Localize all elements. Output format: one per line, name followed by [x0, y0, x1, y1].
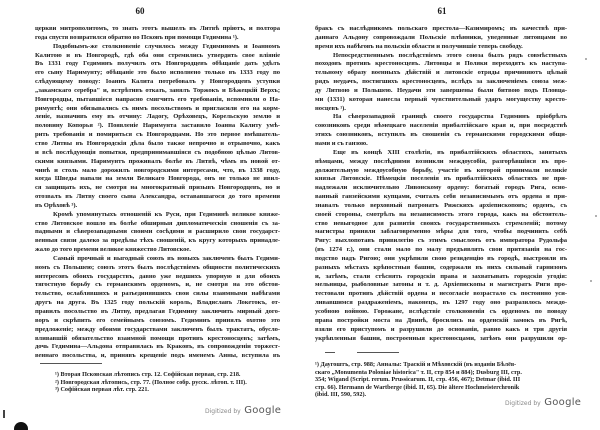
footnote: стр. 66). Hermann de Wartberge (ibid. II… — [315, 384, 567, 392]
paragraph: Еще въ концѣ XIII столѣтія, въ прибалтій… — [315, 149, 567, 344]
text-line: церкви митрополитомъ, то знать этотъ выш… — [35, 25, 280, 34]
paragraph: церкви митрополитомъ, то знать этотъ выш… — [35, 25, 280, 43]
text-line: года спустя возвратился обратно во Псков… — [35, 34, 280, 43]
text-line: предложеніе; между обоими государствами … — [35, 326, 280, 335]
text-line: тестовали противъ дѣйствій ордена и несо… — [315, 290, 567, 299]
paragraph: На сѣверозападной границѣ своего государ… — [315, 113, 567, 148]
footnote-divider — [40, 363, 102, 364]
footnote: ²) Новгородская лѣтопись, стр. 77. (Полн… — [55, 379, 285, 387]
text-line: ду Литвою и Польшею. Неудачи эти заверше… — [315, 87, 567, 96]
text-line: надлежали исключительно Ливонскому орден… — [315, 184, 567, 193]
scan-speck — [585, 58, 587, 60]
text-line: носцевъ ¹). — [315, 105, 567, 114]
text-line: даннаго Альдону сопровождали Польскіе пл… — [315, 34, 567, 43]
text-line: тельство, ослаблявшихъ и разъединявшихъ … — [35, 290, 280, 299]
text-line: магистры приняли заблаговременно мѣры дл… — [315, 228, 567, 237]
text-line: слѣдующему поводу: Іоаннъ Калита потребо… — [35, 78, 280, 87]
text-line: ливавшимся раздраженіемъ, наконецъ, въ 1… — [315, 299, 567, 308]
text-line: рить требованія и помириться съ Новгород… — [35, 131, 280, 140]
text-line: Самый прочный и выгодный союзъ въ новыхъ… — [35, 255, 280, 264]
text-line: ство Литовское вошло въ болѣе обширныя д… — [35, 220, 280, 229]
text-line: своей стороны, смотрѣлъ на независимость… — [315, 211, 567, 220]
text-line: скими князьями. Наримунтъ проживалъ болѣ… — [35, 158, 280, 167]
text-line: Еще въ концѣ XIII столѣтія, въ прибалтій… — [315, 149, 567, 158]
text-line: падными и сѣверозападными своими сосѣдям… — [35, 228, 280, 237]
text-line: Кромѣ упомянутыхъ отношеній къ Руси, при… — [35, 211, 280, 220]
text-line: Калитою и въ Новгородѣ, гдѣ оба они стре… — [35, 52, 280, 61]
scan-mark — [3, 410, 5, 418]
left-page: 60 церкви митрополитомъ, то знать этотъ … — [0, 0, 300, 430]
text-line: мельницы, рыболовные затоны и т. д. Архі… — [315, 281, 567, 290]
footnotes: ¹) Вторая Псковская лѣтопись стр. 12. Со… — [55, 371, 285, 394]
paragraph: Самый прочный и выгодный союзъ въ новыхъ… — [35, 255, 280, 361]
text-line: „закамскаго серебра" и, встрѣтивъ отказъ… — [35, 87, 280, 96]
text-line: союзниковъ среди нѣмецкаго населенія при… — [315, 122, 567, 131]
text-line: тягостную борьбу съ германскимъ орденомъ… — [35, 281, 280, 290]
text-line: венныя связи далеко за предѣлы тѣхъ снош… — [35, 237, 280, 246]
footnote: ³) Софійская первая лѣт. стр. 221. — [55, 386, 285, 394]
text-line: веннаго посольства, и, принявъ крещеніе … — [35, 352, 280, 361]
text-line: ство Литвы въ Новгородскія дѣла было так… — [35, 140, 280, 149]
paragraph: Подобнымъ-же столкновеніе случилось межд… — [35, 43, 280, 211]
text-line: должительную междоусобную борьбу, участі… — [315, 167, 567, 176]
right-page: 61 бракъ съ наслѣдникомъ польскаго прест… — [300, 0, 600, 430]
text-line: ство невыгодное для развитія своихъ госу… — [315, 220, 567, 229]
text-line: этихъ союзниковъ, вступилъ въ сношенія с… — [315, 131, 567, 140]
text-line: римунтѣ; они обязывались съ нимъ посольс… — [35, 105, 280, 114]
text-line: Ригу: выхлопотавъ привилегію съ этимъ см… — [315, 237, 567, 246]
text-line: князья Литовскіе. Нѣмецкія поселенія въ … — [315, 175, 567, 184]
text-line: номъ съ Польшею; союзъ этотъ былъ послѣд… — [35, 264, 280, 273]
paragraph: Кромѣ упомянутыхъ отношеній къ Руси, при… — [35, 211, 280, 255]
body-text: бракъ съ наслѣдникомъ польскаго престола… — [315, 25, 567, 343]
google-watermark: Digitized by Google — [505, 397, 581, 408]
text-line: жало до того времени великое княжество Л… — [35, 246, 280, 255]
watermark-prefix: Digitized by — [505, 400, 541, 407]
text-line: разныхъ мѣстахъ крѣпостныя башни, содерж… — [315, 264, 567, 273]
text-line: и всѣ послѣдующія попытки, предпринимавш… — [35, 149, 280, 158]
text-line: его сыну Наримунту; обѣщаніе это было ис… — [35, 69, 280, 78]
text-line: Въ 1331 году Гедиминъ получилъ отъ Новго… — [35, 60, 280, 69]
text-line: взяли его приступомъ и разрушили до осно… — [315, 326, 567, 335]
footnote: 354; Wigand (Script. rerum. Prussicarum.… — [315, 376, 567, 384]
text-line: и, затѣмъ, стали стѣснять городскія прав… — [315, 273, 567, 282]
text-line: ми (1331) которая нанесла первый чувстви… — [315, 96, 567, 105]
text-line: ванный ганзейскими купцами, считалъ себя… — [315, 193, 567, 202]
paragraph: бракъ съ наслѣдникомъ польскаго престола… — [315, 25, 567, 52]
footnote-divider — [325, 352, 335, 353]
paragraph: Непосредственнымъ послѣдствіемъ этого со… — [315, 52, 567, 114]
text-line: тельному образу военныхъ дѣйствій и лито… — [315, 69, 567, 78]
footnote: ¹) Даугоштъ, стр. 988; Анналы: Траскій и… — [315, 361, 567, 369]
watermark-label: Google — [544, 397, 581, 408]
text-line: нами и съ ганзою. — [315, 140, 567, 149]
text-line: рядъ неудачъ, постигшихъ крестоносцевъ, … — [315, 78, 567, 87]
google-watermark: Digitized by Google — [205, 405, 281, 416]
text-line: отозвалъ въ Литву своего сына Александра… — [35, 193, 280, 202]
footnote: скаго „Monumenta Poloniae historica" т. … — [315, 369, 567, 377]
page-number: 61 — [292, 6, 592, 16]
body-text: церкви митрополитомъ, то знать этотъ выш… — [35, 25, 280, 361]
text-line: На сѣверозападной границѣ своего государ… — [315, 113, 567, 122]
page-number: 60 — [0, 6, 290, 16]
text-line: нѣмцами, между послѣдними возникли междо… — [315, 158, 567, 167]
text-line: когда Шведы напали на земли Великаго Нов… — [35, 175, 280, 184]
footnotes: ¹) Даугоштъ, стр. 988; Анналы: Траскій и… — [315, 361, 567, 399]
watermark-label: Google — [244, 405, 281, 416]
text-line: походовъ противъ крестоносцевъ. Литовцы … — [315, 60, 567, 69]
text-line: Непосредственнымъ послѣдствіемъ этого со… — [315, 52, 567, 61]
text-line: чинѣ и столь мало дорожилъ новгородскими… — [35, 167, 280, 176]
watermark-prefix: Digitized by — [205, 408, 241, 415]
text-line: (въ 1274 г.), они стали мало по малу пре… — [315, 246, 567, 255]
text-line: Подобнымъ-же столкновеніе случилось межд… — [35, 43, 280, 52]
text-line: леніе, назначивъ ему въ отчину: Ладогу, … — [35, 113, 280, 122]
footnote-divider — [357, 352, 399, 353]
text-line: воръ и скрѣпить его семейнымъ союзомъ. Г… — [35, 317, 280, 326]
text-line: дочь Гедимина—Альдона отправилась въ Кра… — [35, 343, 280, 352]
text-line: половину Копорья ²). Появленіе Наримунта… — [35, 122, 280, 131]
text-line: правилъ посольство въ Литву, предлагая Г… — [35, 308, 280, 317]
text-line: вливавшій обязательство взаимной помощи … — [35, 335, 280, 344]
text-line: знавалъ только верховный патронатъ Рижск… — [315, 202, 567, 211]
scan-thumb-blot — [14, 422, 28, 430]
scan-speck — [595, 215, 597, 217]
text-line: интересовъ обоихъ государствъ, давно уже… — [35, 273, 280, 282]
text-line: другъ на друга. Въ 1325 году польскій ко… — [35, 299, 280, 308]
text-line: укрѣпленныя башни, построенныя крестонос… — [315, 335, 567, 344]
text-line: время ихъ набѣговъ на польскія области и… — [315, 43, 567, 52]
text-line: бракъ съ наслѣдникомъ польскаго престола… — [315, 25, 567, 34]
text-line: подство надъ Ригою; они укрѣпили свою ре… — [315, 255, 567, 264]
footnote: ¹) Вторая Псковская лѣтопись стр. 12. Со… — [55, 371, 285, 379]
scan-speck — [590, 280, 592, 282]
text-line: права постройки моста на Двинѣ, бросилис… — [315, 317, 567, 326]
text-line: ся защищать ихъ, не смотря на многократн… — [35, 184, 280, 193]
text-line: въ Орѣховѣ ³). — [35, 202, 280, 211]
text-line: усобною войною. Горожане, вслѣдствіе сто… — [315, 308, 567, 317]
text-line: Новгородцы, пытавшіеся напрасно смягчить… — [35, 96, 280, 105]
